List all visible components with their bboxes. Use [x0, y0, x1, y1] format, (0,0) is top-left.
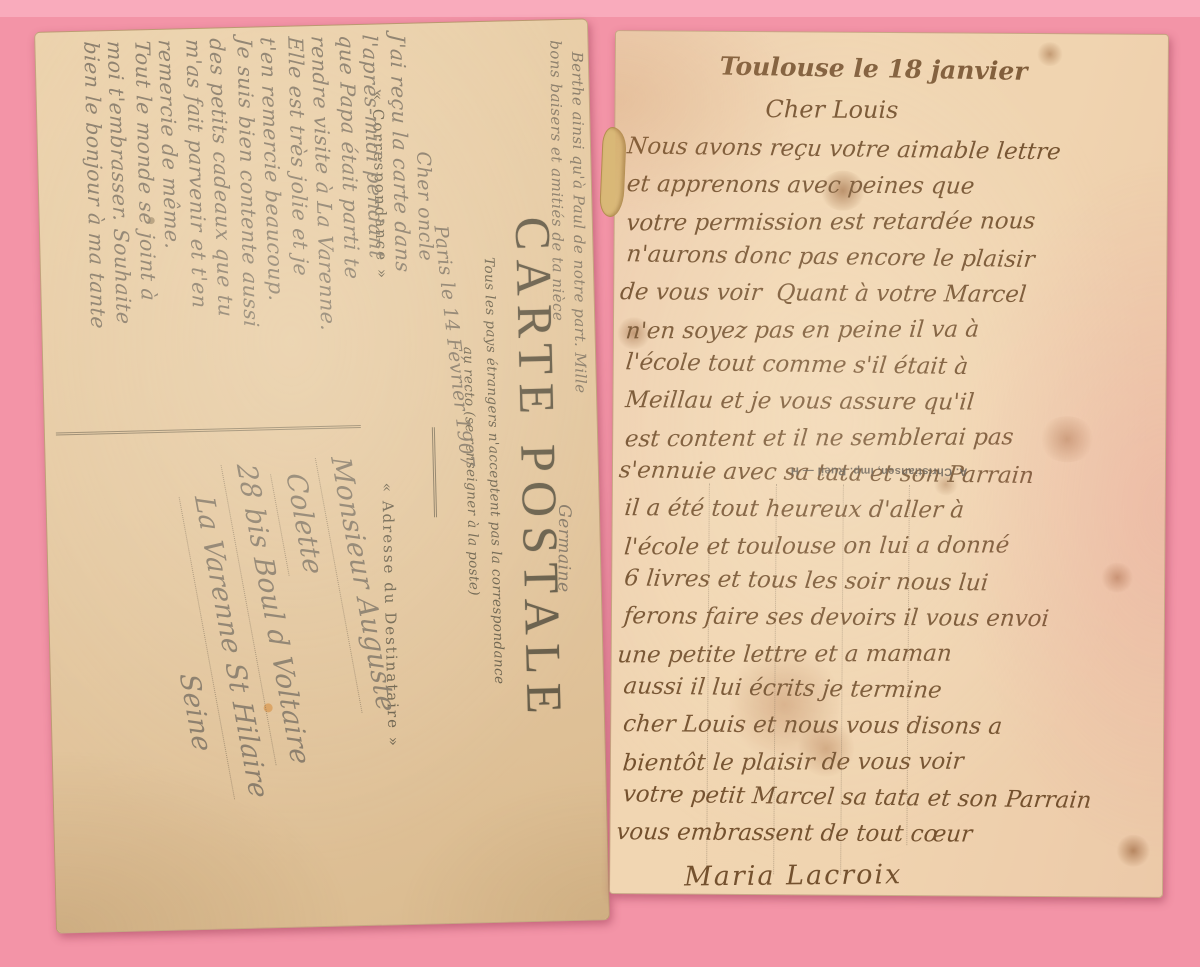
torn-paper-chip [599, 127, 627, 218]
letter-line: n'aurons donc pas encore le plaisir [625, 236, 1160, 279]
letter-line: cher Louis et nous vous disons a [621, 706, 1156, 746]
message-body: J'ai reçu la carte dansl'après-midi pend… [78, 34, 419, 430]
letter-line: Nous avons reçu votre aimable lettre [626, 128, 1161, 171]
letter-line: de vous voir Quant à votre Marcel [618, 274, 1159, 314]
background-top-strip [0, 0, 1200, 17]
letter-signature: Maria Lacroix [684, 859, 902, 892]
margin-note-line: Berthe ainsi qu'à Paul de notre part. Mi… [568, 52, 590, 394]
handwritten-message: Paris le 14 Février 1907 Cher oncle J'ai… [78, 33, 465, 430]
photo-background: Berthe ainsi qu'à Paul de notre part. Mi… [0, 0, 1200, 967]
letter-line: une petite lettre et a maman [616, 635, 1158, 674]
letter-line: et apprenons avec peines que [625, 166, 1160, 206]
letter-dateline: Toulouse le 18 janvier [720, 52, 1160, 89]
letter-line: vous embrassent de tout cœur [615, 814, 1156, 854]
letter-line: Meillau et je vous assure qu'il [624, 382, 1159, 422]
letter-line: l'école tout comme s'il était à [624, 344, 1159, 387]
printed-rule [432, 427, 437, 517]
handwritten-letter: Toulouse le 18 janvier Cher Louis Nous a… [622, 53, 1160, 854]
letter-line: votre permission est retardée nous [625, 203, 1161, 242]
letter-body: Nous avons reçu votre aimable lettreet a… [622, 130, 1159, 854]
letter-line: il a été tout heureux d'aller à [623, 490, 1158, 530]
letter-line: est content et il ne semblerai pas [623, 419, 1159, 458]
letter-line: ferons faire ses devoirs il vous envoi [622, 598, 1157, 638]
letter-line: aussi il lui écrits je termine [622, 668, 1157, 711]
letter-line: n'en soyez pas en peine il va à [624, 311, 1160, 350]
postcard-right: Toulouse le 18 janvier Cher Louis Nous a… [609, 30, 1169, 898]
letter-salutation: Cher Louis [765, 95, 1159, 126]
letter-line: l'école et toulouse on lui a donné [623, 527, 1159, 566]
postcard-left-back-layout: Berthe ainsi qu'à Paul de notre part. Mi… [41, 26, 602, 925]
letter-line: votre petit Marcel sa tata et son Parrai… [621, 776, 1156, 819]
printed-card-title: CARTE POSTALE [499, 26, 579, 913]
printer-imprint: A. Christiansen, imp. Rueil — H [741, 464, 1017, 478]
postcard-left: Berthe ainsi qu'à Paul de notre part. Mi… [34, 18, 610, 933]
letter-line: 6 livres et tous les soir nous lui [623, 560, 1158, 603]
letter-line: bientôt le plaisir de vous voir [621, 743, 1157, 782]
